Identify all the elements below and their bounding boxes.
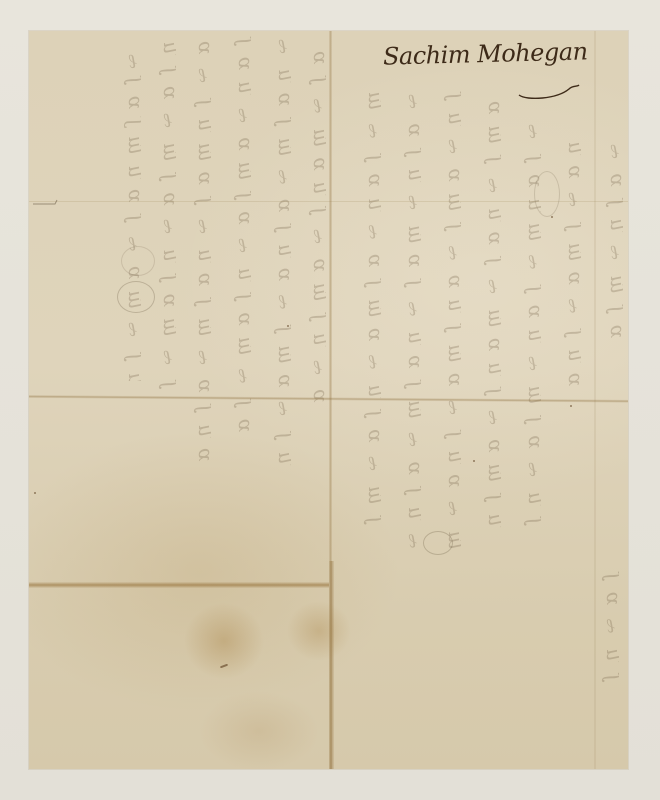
bleed-through-column: ℓ ɑ ∫ ɳ ℓ ɱ ∫ ɑ [601,141,623,441]
bleed-through-column: ɑ ɱ ∫ ℓ ɳ ɑ ∫ ℓ ɱ ɑ ɳ ∫ ℓ ɑ ɱ ∫ ɳ [479,101,501,721]
bleed-through-column: ℓ ɑ ∫ ɳ ℓ ɱ ɑ ∫ ℓ ɳ ɑ ∫ ɱ ℓ ɑ ∫ ɳ ℓ [399,91,421,691]
paper-speck [570,405,572,407]
bleed-through-column: ℓ∫ ɑ ʃ ɱ ɳ ɑ ∫ ℓ ɑ ɱ ℓ ∫ ɳ ɑ [119,51,141,381]
bleed-through-column: ℓ ɳ ɑ ∫ ɱ ℓ ɑ ∫ ɳ ɑ ℓ ∫ ɱ ɑ ℓ ∫ ɳ [269,36,291,556]
bleed-through-loop [423,531,453,555]
bleed-through-column: ɳ ∫ ɑ ℓ ɱ ∫ ɑ ℓ ɳ ∫ ɑ ɱ ℓ ∫ [154,41,176,401]
bleed-through-column: ɱ ℓ ∫ ɑ ɳ ℓ ɑ ∫ ɱ ɑ ℓ ɳ ∫ ɑ ℓ ɱ ∫ [359,91,381,651]
endorsement-text: Sachim Mohegan [383,37,588,70]
paper-speck [34,492,36,494]
bleed-through-column: ɑ ℓ ∫ ɳ ɱ ɑ ∫ ℓ ɳ ɑ ∫ ɱ ℓ ɑ ∫ ɳ ɑ [189,41,211,511]
bleed-through-column: ∫ ɑ ℓ ɳ ∫ [597,571,619,751]
paper-speck [473,460,475,462]
bleed-through-loop [117,281,155,313]
bleed-through-loop [534,171,560,217]
paper-speck [287,325,289,327]
image-viewer: ℓ∫ ɑ ʃ ɱ ɳ ɑ ∫ ℓ ɑ ɱ ℓ ∫ ɳ ɑ ɳ ∫ ɑ ℓ ɱ ∫… [0,0,660,800]
bleed-through-loop [121,246,155,276]
endorsement-flourish [517,83,581,99]
bleed-through-column: ɳ ɑ ℓ ∫ ɱ ɑ ℓ ∫ ɳ ɑ [559,141,581,461]
bleed-through-column: ∫ ɳ ℓ ɑ ɱ ∫ ℓ ɑ ɳ ∫ ɱ ɑ ℓ ∫ ɳ ɑ ℓ ɱ [439,91,461,731]
margin-mark [33,199,63,207]
fold-line-stained [29,582,329,588]
paper-speck [220,664,228,669]
manuscript-page: ℓ∫ ɑ ʃ ɱ ɳ ɑ ∫ ℓ ɑ ɱ ℓ ∫ ɳ ɑ ɳ ∫ ɑ ℓ ɱ ∫… [29,31,628,769]
bleed-through-column: ∫ ɑ ɳ ℓ ɑ ɱ ∫ ɑ ℓ ɳ ∫ ɑ ɱ ℓ ∫ ɑ [229,36,251,516]
fold-line-vertical-stained [329,561,334,769]
paper-speck [551,216,553,218]
bleed-through-column: ɑ ∫ ℓ ɱ ɑ ɳ ∫ ℓ ɑ ɱ ∫ ɳ ℓ ɑ [304,51,326,471]
